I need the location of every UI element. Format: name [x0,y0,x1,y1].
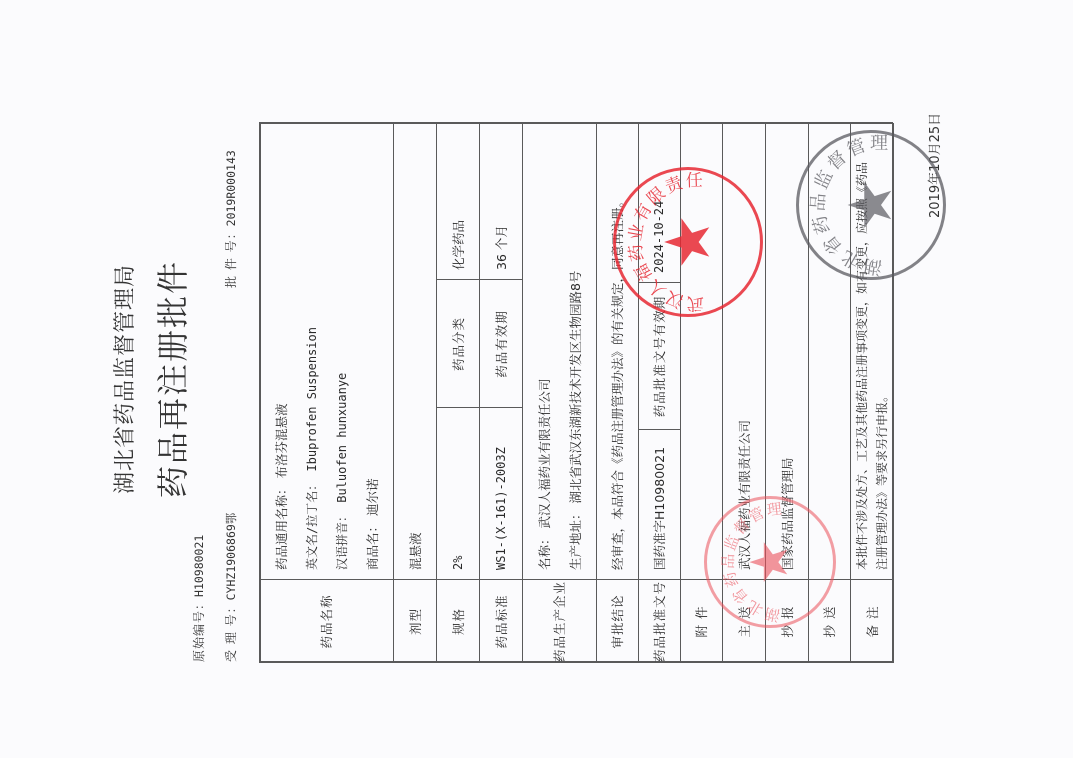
label-drug-name: 药品名称 [259,580,393,663]
approval-validity-value: 2024-10-24 [638,123,680,283]
label-approval-validity: 药品批准文号有效期 [638,283,680,430]
label-approval-number: 药品批准文号 [638,580,680,663]
manufacturer-name: 名称： 武汉人福药业有限责任公司 [535,133,553,570]
label-specification: 规格 [436,580,479,663]
drug-category-value: 化学药品 [436,123,479,280]
main-recipient-value: 武汉人福药业有限责任公司 [722,123,765,580]
label-shelf-life: 药品有效期 [479,280,522,408]
approval-table: 药品名称 药品通用名称： 布洛芬混悬液 英文名/拉丁名： Ibuprofen S… [0,0,1073,758]
label-manufacturer: 药品生产企业 [522,580,596,663]
manufacturer-values: 名称： 武汉人福药业有限责任公司 生产地址： 湖北省武汉东湖新技术开发区生物园路… [522,123,596,580]
approval-number-value: 国药准字H10980021 [638,430,680,580]
attachment-value [680,123,722,580]
dosage-form-value: 混悬液 [393,123,436,580]
generic-name: 药品通用名称： 布洛芬混悬液 [272,133,290,570]
label-drug-standard: 药品标准 [479,580,522,663]
remarks-line-1: 本批件不涉及处方、工艺及其他药品注册事项变更，如有变更，应按照《药品 [852,162,872,570]
pinyin-name: 汉语拼音： Buluofen hunxuanye [333,133,350,570]
label-conclusion: 审批结论 [596,580,638,663]
remarks-value: 本批件不涉及处方、工艺及其他药品注册事项变更，如有变更，应按照《药品 注册管理办… [850,123,893,580]
label-remarks: 备 注 [850,580,893,663]
shelf-life-value: 36 个月 [479,123,522,280]
specification-value: 2% [436,408,479,580]
label-dosage-form: 剂型 [393,580,436,663]
label-attachment: 附 件 [680,580,722,663]
signature-date: 2019年10月25日 [924,113,943,218]
manufacturer-address: 生产地址： 湖北省武汉东湖新技术开发区生物园路8号 [566,133,584,570]
copy-to-value [808,123,850,580]
label-main-recipient: 主 送 [722,580,765,663]
drug-standard-value: WS1-(X-161)-2003Z [479,408,522,580]
report-to-value: 国家药品监督管理局 [765,123,808,580]
english-name: 英文名/拉丁名： Ibuprofen Suspension [303,133,320,570]
document-page: 湖北省药品监督管理局 药品再注册批件 原始编号：H10980021 受 理 号：… [0,0,1073,758]
label-drug-category: 药品分类 [436,280,479,408]
label-report-to: 抄 报 [765,580,808,663]
conclusion-value: 经审查，本品符合《药品注册管理办法》的有关规定，同意再注册。 [596,123,638,580]
remarks-line-2: 注册管理办法》等要求另行申报。 [872,162,892,570]
trade-name: 商品名： 迪尔诺 [363,133,381,570]
label-copy-to: 抄 送 [808,580,850,663]
drug-name-values: 药品通用名称： 布洛芬混悬液 英文名/拉丁名： Ibuprofen Suspen… [259,123,393,580]
